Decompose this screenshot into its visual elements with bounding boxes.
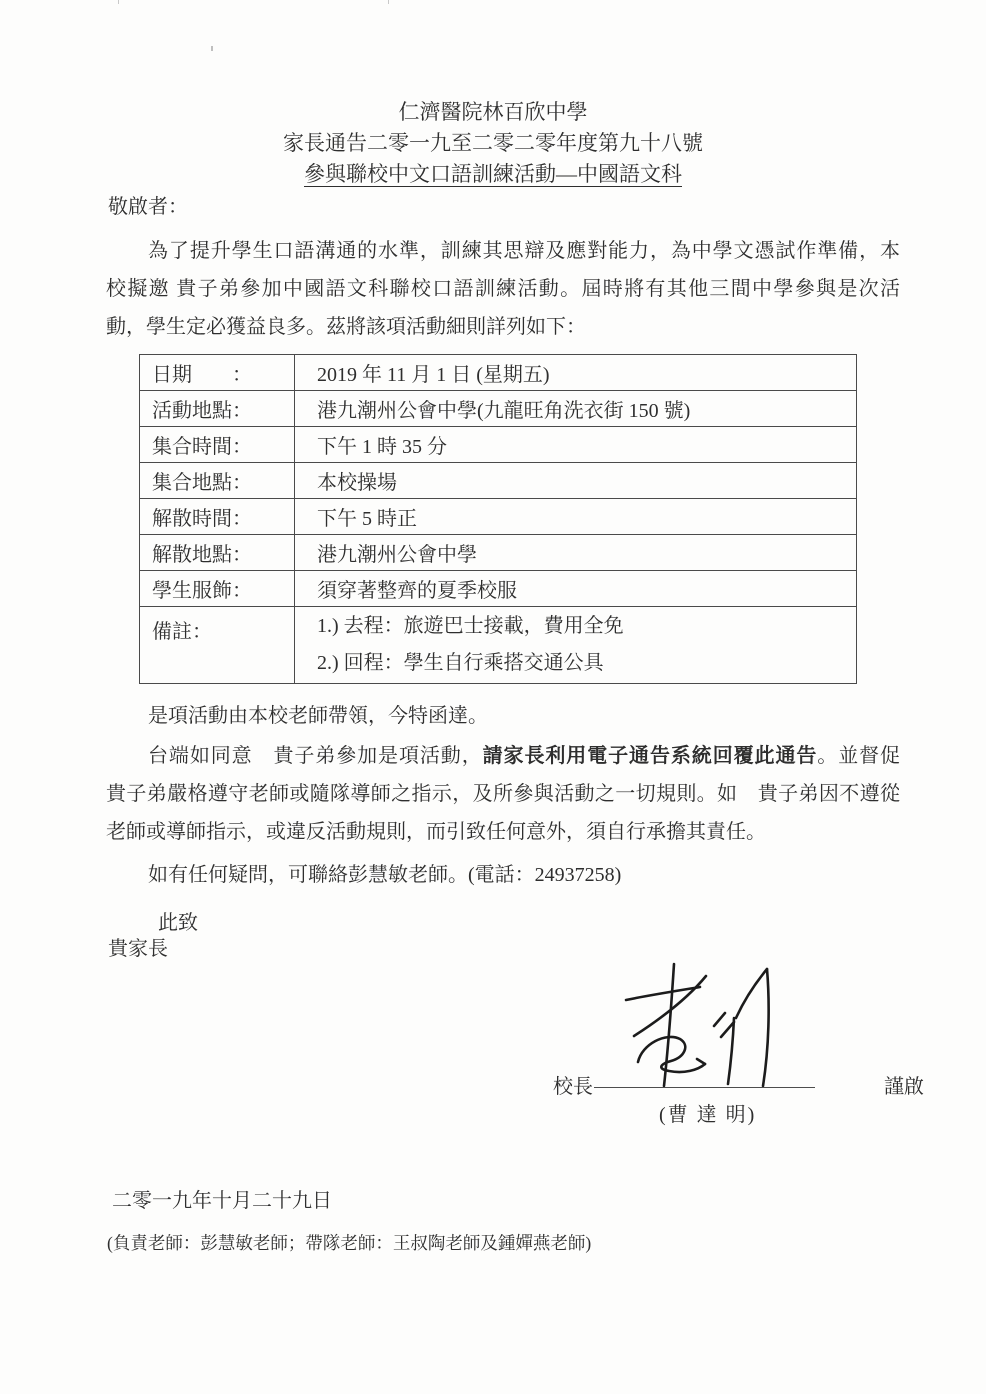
paragraph-line: 是項活動由本校老師帶領，今特函達。 xyxy=(106,705,488,727)
row-value: 港九潮州公會中學(九龍旺角洗衣街 150 號) xyxy=(295,391,857,427)
notice-number: 家長通告二零一九至二零二零年度第九十八號 xyxy=(0,128,986,159)
row-label: 備註： xyxy=(140,607,295,684)
teachers-in-charge: (負責老師：彭慧敏老師；帶隊老師：王叔陶老師及鍾嬋燕老師) xyxy=(107,1230,591,1255)
signature-line xyxy=(594,1087,815,1088)
remark-line: 1.) 去程：旅遊巴士接載，費用全免 xyxy=(317,608,855,645)
e-notice-bold-text: 請家長利用電子通告系統回覆此通告 xyxy=(483,745,818,767)
row-label: 解散地點： xyxy=(140,535,295,571)
notice-header: 仁濟醫院林百欣中學 家長通告二零一九至二零二零年度第九十八號 參與聯校中文口語訓… xyxy=(0,97,986,190)
activity-details-table: 日期 ： 2019 年 11 月 1 日 (星期五) 活動地點： 港九潮州公會中… xyxy=(139,354,857,684)
row-value: 下午 5 時正 xyxy=(295,499,857,535)
row-label: 集合時間： xyxy=(140,427,295,463)
signature-respect-label: 謹啟 xyxy=(884,1070,924,1099)
closing-salute: 此致 xyxy=(158,906,198,935)
recipient: 貴家長 xyxy=(108,932,168,961)
paragraph-line: 老師或導師指示，或違反活動規則，而引致任何意外，須自行承擔其責任。 xyxy=(106,813,900,851)
contact-line: 如有任何疑問，可聯絡彭慧敏老師。(電話：24937258) xyxy=(148,858,621,887)
lead-paragraph: 是項活動由本校老師帶領，今特函達。 xyxy=(106,699,900,728)
row-label: 學生服飾： xyxy=(140,571,295,607)
paragraph-line: 貴子弟嚴格遵守老師或隨隊導師之指示，及所參與活動之一切規則。如 貴子弟因不遵從 xyxy=(106,775,900,813)
row-label: 解散時間： xyxy=(140,499,295,535)
paragraph-line: 為了提升學生口語溝通的水準，訓練其思辯及應對能力，為中學文憑試作準備，本 xyxy=(106,232,900,270)
table-row-dismiss-place: 解散地點： 港九潮州公會中學 xyxy=(140,535,857,571)
row-value: 本校操場 xyxy=(295,463,857,499)
remark-line: 2.) 回程：學生自行乘搭交通公具 xyxy=(317,645,855,682)
notice-subject: 參與聯校中文口語訓練活動—中國語文科 xyxy=(0,159,986,190)
salutation: 敬啟者： xyxy=(108,190,188,219)
issue-date: 二零一九年十月二十九日 xyxy=(112,1184,332,1213)
table-row-dismiss-time: 解散時間： 下午 5 時正 xyxy=(140,499,857,535)
signature-role-label: 校長 xyxy=(553,1070,593,1099)
scan-artifact xyxy=(211,46,213,51)
school-name: 仁濟醫院林百欣中學 xyxy=(0,97,986,128)
principal-name: (曹 達 明) xyxy=(659,1098,756,1127)
row-label: 活動地點： xyxy=(140,391,295,427)
consent-pre: 台端如同意 貴子弟參加是項活動， xyxy=(148,745,483,767)
paragraph-line: 動，學生定必獲益良多。茲將該項活動細則詳列如下： xyxy=(106,308,900,346)
table-row-venue: 活動地點： 港九潮州公會中學(九龍旺角洗衣街 150 號) xyxy=(140,391,857,427)
table-row-assembly-time: 集合時間： 下午 1 時 35 分 xyxy=(140,427,857,463)
paragraph-line: 台端如同意 貴子弟參加是項活動，請家長利用電子通告系統回覆此通告。並督促 xyxy=(106,737,900,775)
paragraph-line: 校擬邀 貴子弟參加中國語文科聯校口語訓練活動。屆時將有其他三間中學參與是次活 xyxy=(106,270,900,308)
row-label: 日期 ： xyxy=(140,355,295,391)
table-row-assembly-place: 集合地點： 本校操場 xyxy=(140,463,857,499)
parent-notice-document: 仁濟醫院林百欣中學 家長通告二零一九至二零二零年度第九十八號 參與聯校中文口語訓… xyxy=(0,0,986,1394)
principal-signature xyxy=(588,960,818,1090)
row-value: 下午 1 時 35 分 xyxy=(295,427,857,463)
row-value: 須穿著整齊的夏季校服 xyxy=(295,571,857,607)
row-value: 港九潮州公會中學 xyxy=(295,535,857,571)
row-value: 2019 年 11 月 1 日 (星期五) xyxy=(295,355,857,391)
consent-paragraph: 台端如同意 貴子弟參加是項活動，請家長利用電子通告系統回覆此通告。並督促 貴子弟… xyxy=(106,737,900,851)
scan-artifact xyxy=(388,0,389,4)
scan-artifact xyxy=(118,0,119,4)
row-label: 集合地點： xyxy=(140,463,295,499)
table-row-remarks: 備註： 1.) 去程：旅遊巴士接載，費用全免 2.) 回程：學生自行乘搭交通公具 xyxy=(140,607,857,684)
intro-paragraph: 為了提升學生口語溝通的水準，訓練其思辯及應對能力，為中學文憑試作準備，本 校擬邀… xyxy=(106,232,900,346)
table-row-date: 日期 ： 2019 年 11 月 1 日 (星期五) xyxy=(140,355,857,391)
row-value: 1.) 去程：旅遊巴士接載，費用全免 2.) 回程：學生自行乘搭交通公具 xyxy=(295,607,857,684)
table-row-uniform: 學生服飾： 須穿著整齊的夏季校服 xyxy=(140,571,857,607)
consent-post: 。並督促 xyxy=(817,745,900,767)
